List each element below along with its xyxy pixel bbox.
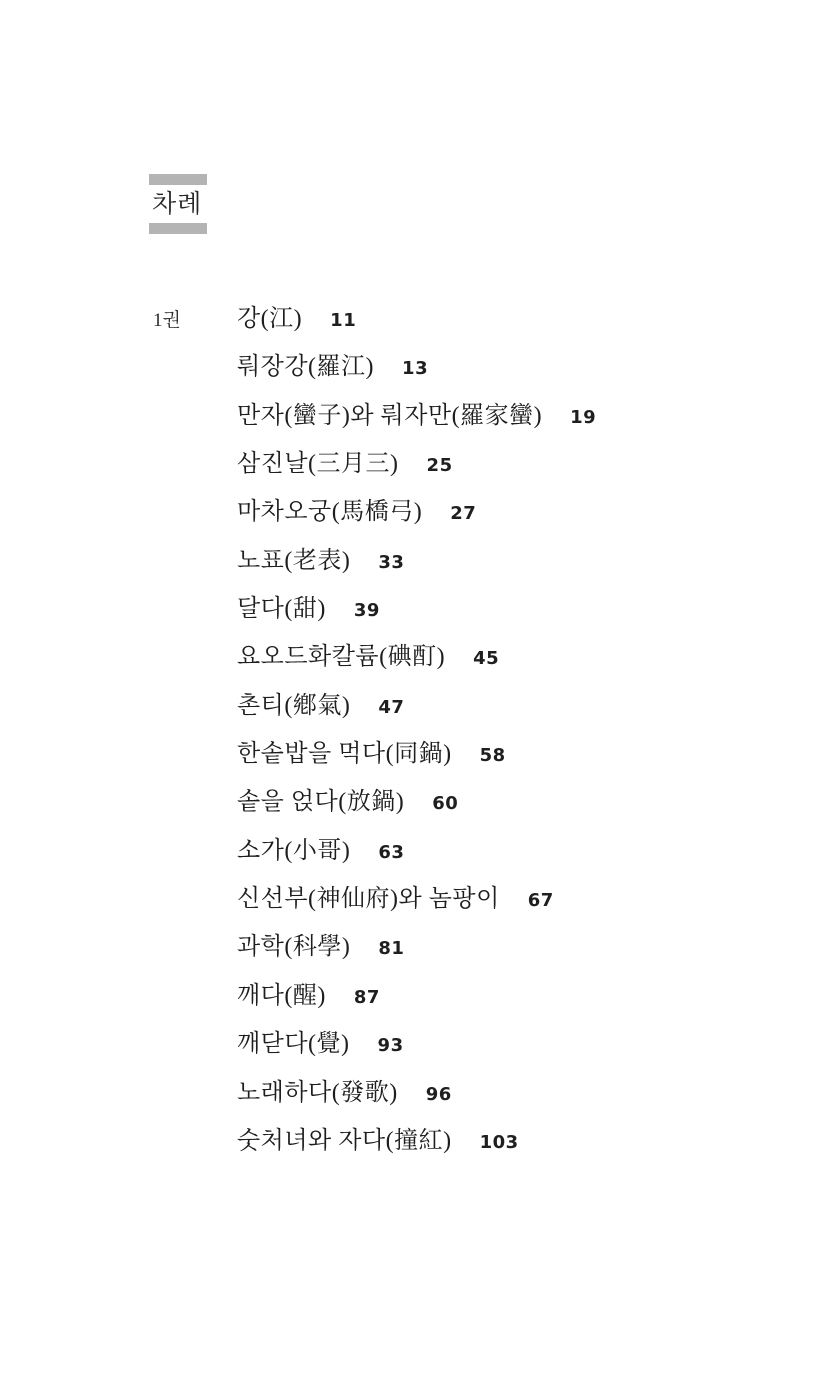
toc-entry-page: 39 (354, 600, 380, 621)
toc-entry-title: 한솥밥을 먹다(同鍋) (237, 733, 452, 768)
toc-entry-page: 103 (480, 1132, 519, 1153)
toc-entry-page: 33 (378, 552, 404, 573)
toc-entry-page: 81 (378, 938, 404, 959)
toc-entry-page: 27 (450, 503, 476, 524)
toc-entry: 노래하다(發歌)96 (153, 1072, 793, 1120)
toc-entry-title: 달다(甜) (237, 588, 326, 623)
toc-entry-page: 67 (528, 890, 554, 911)
toc-entry-title: 신선부(神仙府)와 놈팡이 (237, 878, 500, 913)
toc-entry-page: 93 (378, 1035, 404, 1056)
toc-entry: 요오드화칼륨(碘酊)45 (153, 636, 793, 684)
header-bar-bottom (149, 223, 207, 234)
toc-entry: 만자(蠻子)와 뤄자만(羅家蠻)19 (153, 395, 793, 443)
toc-entry: 소가(小哥)63 (153, 830, 793, 878)
toc-entry-page: 47 (378, 697, 404, 718)
toc-entry-title: 깨다(醒) (237, 975, 326, 1010)
toc-header: 차례 (149, 174, 207, 234)
toc-title: 차례 (149, 185, 207, 223)
volume-label: 1권 (153, 305, 237, 332)
toc-entry-title: 만자(蠻子)와 뤄자만(羅家蠻) (237, 395, 542, 430)
toc-entry-title: 요오드화칼륨(碘酊) (237, 636, 445, 671)
toc-entry-page: 63 (378, 842, 404, 863)
toc-entry-title: 촌티(鄕氣) (237, 685, 350, 720)
toc-entry-title: 숫처녀와 자다(撞紅) (237, 1120, 452, 1155)
toc-entry: 숫처녀와 자다(撞紅)103 (153, 1120, 793, 1168)
toc-entry: 깨다(醒)87 (153, 975, 793, 1023)
toc-entry-page: 96 (426, 1084, 452, 1105)
toc-entry: 노표(老表)33 (153, 540, 793, 588)
toc-entry-title: 솥을 얹다(放鍋) (237, 781, 404, 816)
toc-entry-page: 25 (427, 455, 453, 476)
toc-entry: 뤄장강(羅江)13 (153, 346, 793, 394)
toc-entry-title: 뤄장강(羅江) (237, 346, 374, 381)
toc-entry: 한솥밥을 먹다(同鍋)58 (153, 733, 793, 781)
toc-entry-title: 노래하다(發歌) (237, 1072, 398, 1107)
toc-entry-title: 과학(科學) (237, 926, 350, 961)
toc-entry-title: 깨닫다(覺) (237, 1023, 350, 1058)
toc-entry-page: 11 (330, 310, 356, 331)
toc-entry: 촌티(鄕氣)47 (153, 685, 793, 733)
toc-entry-page: 87 (354, 987, 380, 1008)
toc-entry-title: 삼진날(三月三) (237, 443, 399, 478)
toc-entry-page: 58 (480, 745, 506, 766)
toc-entry: 깨닫다(覺)93 (153, 1023, 793, 1071)
toc-entry: 마차오궁(馬橋弓)27 (153, 491, 793, 539)
toc-entry-title: 강(江) (237, 298, 302, 333)
toc-entry: 솥을 얹다(放鍋)60 (153, 781, 793, 829)
toc-entry-page: 19 (570, 407, 596, 428)
toc-entry-page: 13 (402, 358, 428, 379)
toc-entry-page: 60 (432, 793, 458, 814)
toc-entry: 삼진날(三月三)25 (153, 443, 793, 491)
toc-entry-title: 소가(小哥) (237, 830, 350, 865)
book-toc-page: 차례 1권강(江)11뤄장강(羅江)13만자(蠻子)와 뤄자만(羅家蠻)19삼진… (0, 0, 821, 1400)
toc-entry: 과학(科學)81 (153, 926, 793, 974)
toc-entry-title: 노표(老表) (237, 540, 350, 575)
toc-list: 1권강(江)11뤄장강(羅江)13만자(蠻子)와 뤄자만(羅家蠻)19삼진날(三… (153, 298, 793, 1168)
toc-entry: 달다(甜)39 (153, 588, 793, 636)
header-bar-top (149, 174, 207, 185)
toc-entry: 신선부(神仙府)와 놈팡이67 (153, 878, 793, 926)
toc-entry-page: 45 (473, 648, 499, 669)
toc-entry: 1권강(江)11 (153, 298, 793, 346)
toc-entry-title: 마차오궁(馬橋弓) (237, 491, 422, 526)
